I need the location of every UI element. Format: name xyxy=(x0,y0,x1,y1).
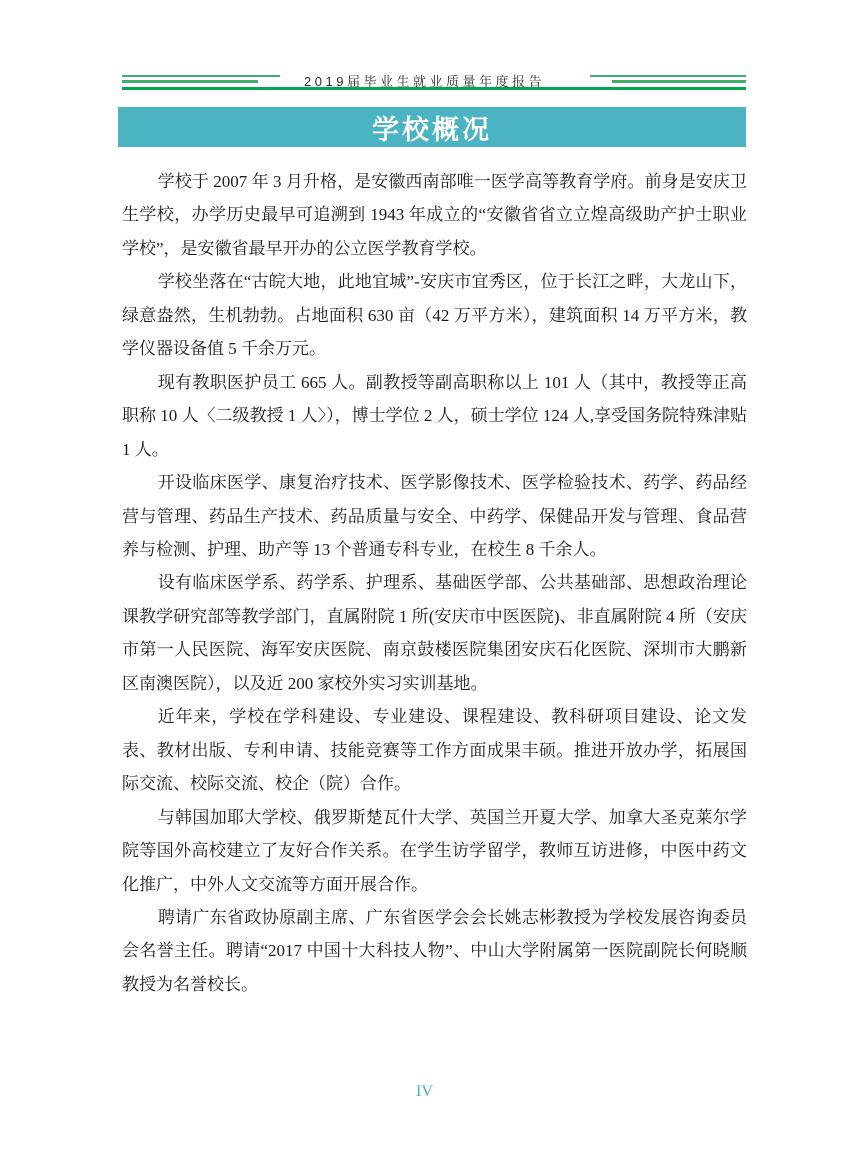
paragraph-departments: 设有临床医学系、药学系、护理系、基础医学部、公共基础部、思想政治理论课教学研究部… xyxy=(122,566,747,700)
section-title: 学校概况 xyxy=(372,108,492,147)
document-page: 2019届毕业生就业质量年度报告 学校概况 学校于 2007 年 3 月升格，是… xyxy=(0,0,849,1152)
paragraph-staff-numbers: 现有教职医护员工 665 人。副教授等副高职称以上 101 人（其中，教授等正高… xyxy=(122,366,747,466)
paragraph-achievements: 近年来，学校在学科建设、专业建设、课程建设、教科研项目建设、论文发表、教材出版、… xyxy=(122,700,747,800)
paragraph-campus-location: 学校坐落在“古皖大地，此地宜城”-安庆市宜秀区，位于长江之畔，大龙山下，绿意盎然… xyxy=(122,265,747,365)
document-body: 学校于 2007 年 3 月升格，是安徽西南部唯一医学高等教育学府。前身是安庆卫… xyxy=(122,165,747,1001)
section-banner: 学校概况 xyxy=(118,107,746,147)
page-footer: IV xyxy=(0,1083,849,1101)
page-header: 2019届毕业生就业质量年度报告 xyxy=(0,0,849,105)
paragraph-majors: 开设临床医学、康复治疗技术、医学影像技术、医学检验技术、药学、药品经营与管理、药… xyxy=(122,466,747,566)
paragraph-honorary-titles: 聘请广东省政协原副主席、广东省医学会会长姚志彬教授为学校发展咨询委员会名誉主任。… xyxy=(122,901,747,1001)
paragraph-international: 与韩国加耶大学校、俄罗斯楚瓦什大学、英国兰开夏大学、加拿大圣克莱尔学院等国外高校… xyxy=(122,801,747,901)
page-number: IV xyxy=(416,1083,433,1100)
report-title: 2019届毕业生就业质量年度报告 xyxy=(0,71,849,90)
paragraph-school-upgrade: 学校于 2007 年 3 月升格，是安徽西南部唯一医学高等教育学府。前身是安庆卫… xyxy=(122,165,747,265)
